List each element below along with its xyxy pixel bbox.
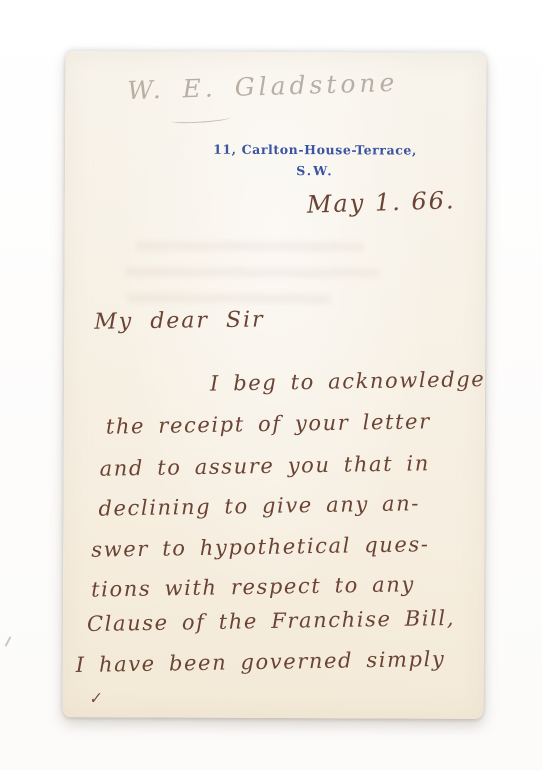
letter-body-line: tions with respect to any xyxy=(91,572,415,601)
letterhead-address: 11, Carlton-House-Terrace, xyxy=(195,142,435,158)
check-mark: ✓ xyxy=(87,688,102,708)
letterhead-district: S.W. xyxy=(195,163,435,179)
letter-sheet: W. E. Gladstone 11, Carlton-House-Terrac… xyxy=(63,51,487,719)
handwritten-date: May 1. 66. xyxy=(306,186,456,219)
stray-pencil-mark xyxy=(5,636,12,647)
letter-body-line: declining to give any an- xyxy=(98,491,420,520)
ink-bleed-through xyxy=(124,267,379,277)
letter-body-line: Clause of the Franchise Bill, xyxy=(87,606,455,636)
ink-bleed-through xyxy=(135,241,365,251)
photograph-backdrop: W. E. Gladstone 11, Carlton-House-Terrac… xyxy=(0,0,542,770)
letter-body-line: and to assure you that in xyxy=(99,451,430,480)
printed-letterhead: 11, Carlton-House-Terrace, S.W. xyxy=(195,142,435,179)
pencil-inscription: W. E. Gladstone xyxy=(127,68,399,105)
salutation: My dear Sir xyxy=(94,307,265,334)
pencil-underline-flourish xyxy=(171,114,231,124)
letter-body-line: I beg to acknowledge xyxy=(210,367,486,396)
ink-bleed-through xyxy=(126,293,331,303)
letter-body-line: I have been governed simply xyxy=(76,647,446,677)
letter-body-line: swer to hypothetical ques- xyxy=(91,532,430,562)
letter-body-line: the receipt of your letter xyxy=(106,409,431,438)
